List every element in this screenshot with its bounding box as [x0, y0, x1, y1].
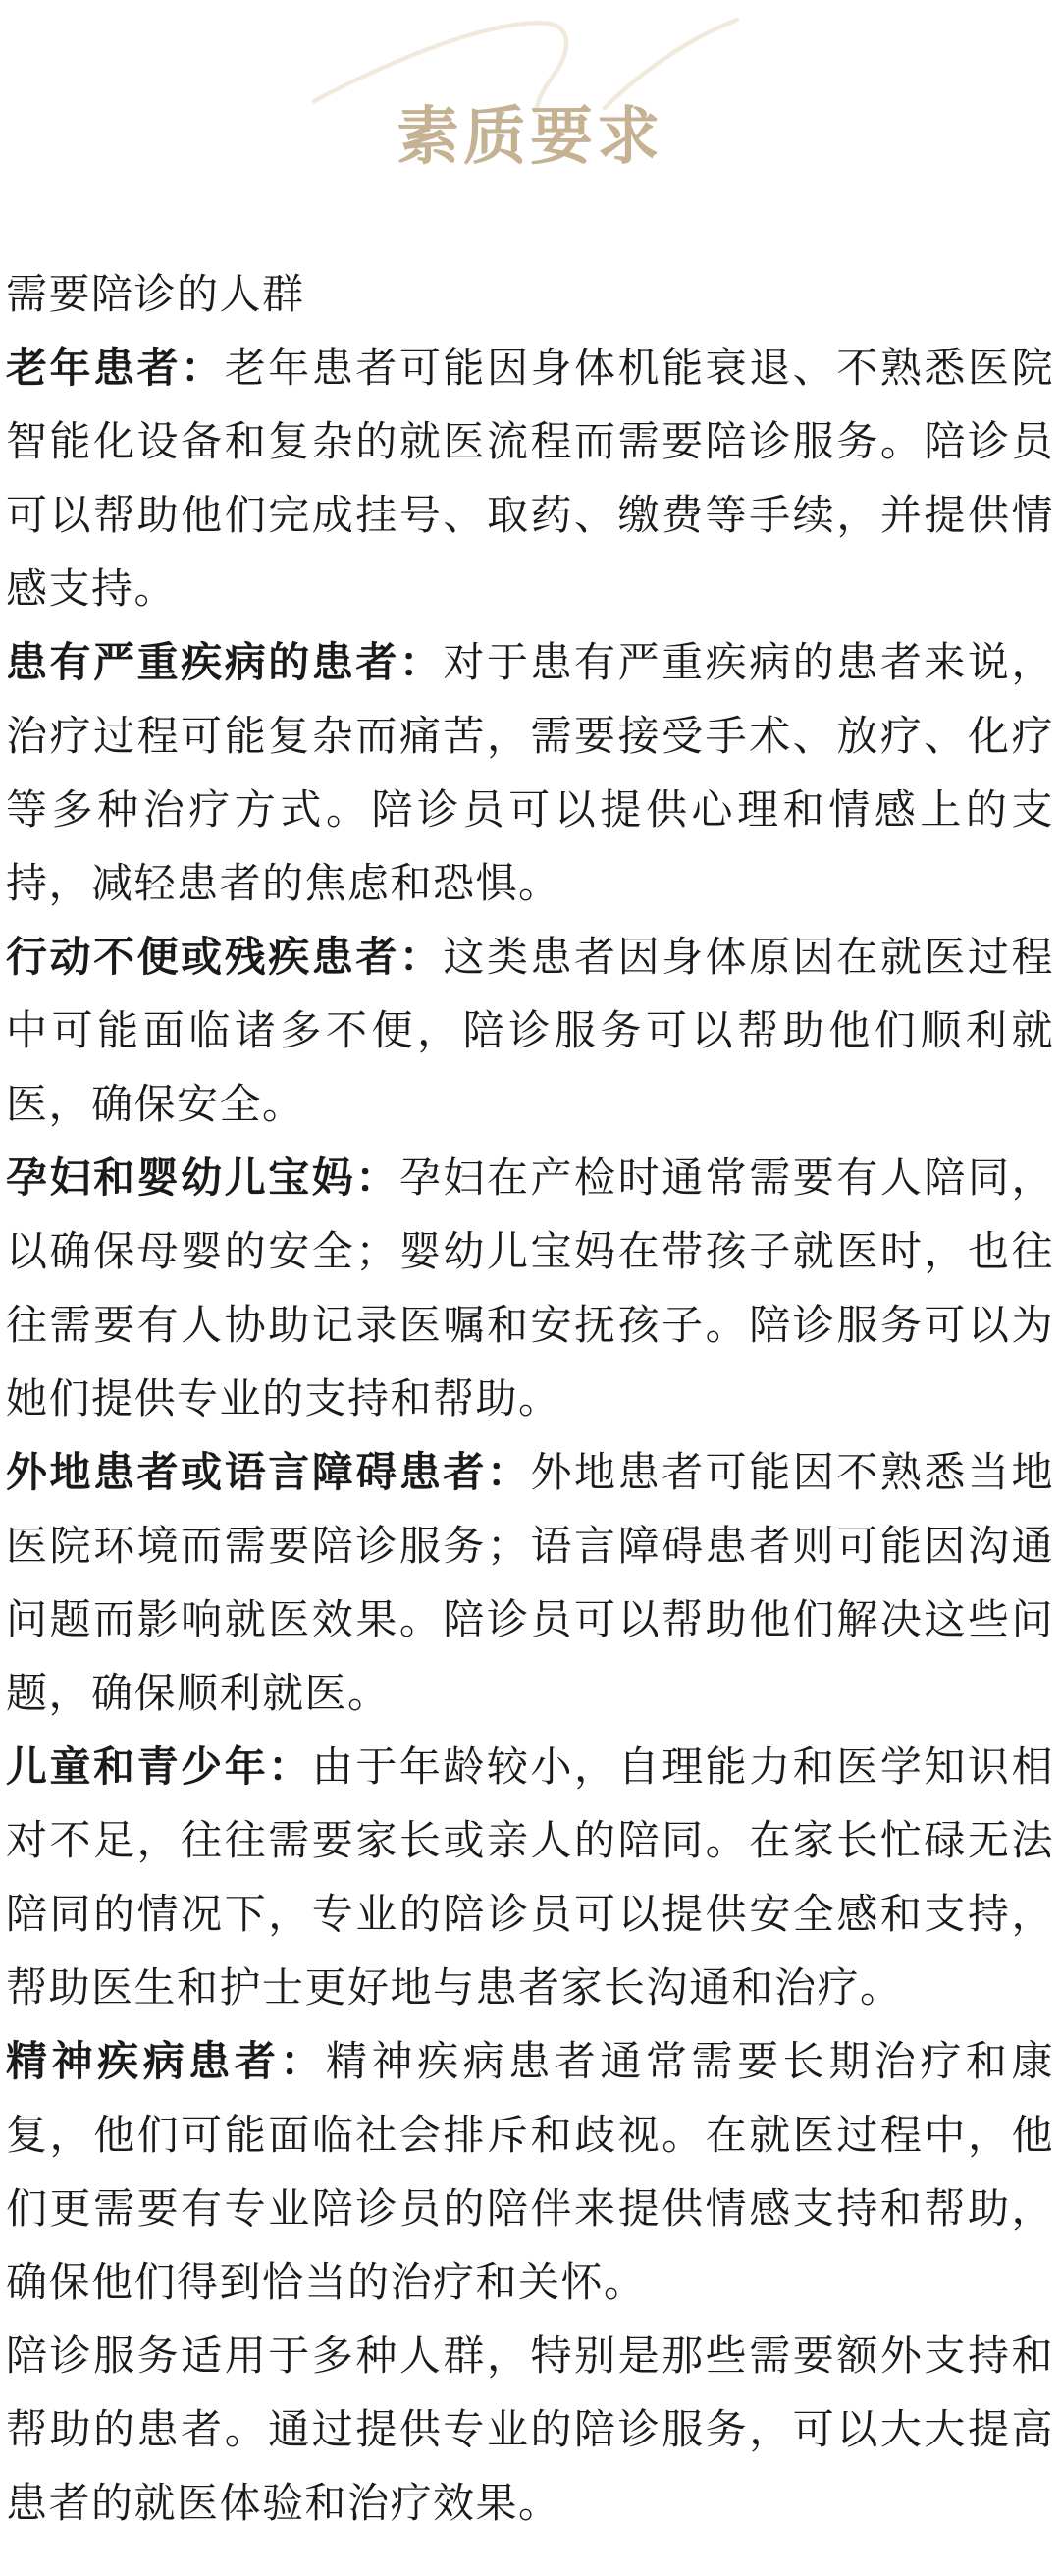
article-heading: 需要陪诊的人群 [6, 257, 1054, 331]
paragraph-lead: 儿童和青少年： [6, 1744, 312, 1790]
article-paragraphs: 老年患者：老年患者可能因身体机能衰退、不熟悉医院智能化设备和复杂的就医流程而需要… [6, 331, 1054, 2540]
page-title: 素质要求 [0, 86, 1060, 177]
paragraph-body: 陪诊服务适用于多种人群，特别是那些需要额外支持和帮助的患者。通过提供专业的陪诊服… [6, 2333, 1054, 2526]
article-page: 素质要求 需要陪诊的人群 老年患者：老年患者可能因身体机能衰退、不熟悉医院智能化… [0, 0, 1060, 2576]
paragraph-lead: 精神疾病患者： [6, 2038, 326, 2084]
paragraph: 外地患者或语言障碍患者：外地患者可能因不熟悉当地医院环境而需要陪诊服务；语言障碍… [6, 1435, 1054, 1730]
paragraph: 老年患者：老年患者可能因身体机能衰退、不熟悉医院智能化设备和复杂的就医流程而需要… [6, 331, 1054, 625]
paragraph: 儿童和青少年：由于年龄较小，自理能力和医学知识相对不足，往往需要家长或亲人的陪同… [6, 1730, 1054, 2024]
paragraph-lead: 老年患者： [6, 345, 225, 391]
paragraph: 行动不便或残疾患者：这类患者因身体原因在就医过程中可能面临诸多不便，陪诊服务可以… [6, 920, 1054, 1141]
article-body: 需要陪诊的人群 老年患者：老年患者可能因身体机能衰退、不熟悉医院智能化设备和复杂… [0, 257, 1060, 2540]
paragraph: 患有严重疾病的患者：对于患有严重疾病的患者来说，治疗过程可能复杂而痛苦，需要接受… [6, 625, 1054, 920]
article-header: 素质要求 [0, 0, 1060, 245]
paragraph-lead: 外地患者或语言障碍患者： [6, 1449, 531, 1495]
paragraph: 孕妇和婴幼儿宝妈：孕妇在产检时通常需要有人陪同，以确保母婴的安全；婴幼儿宝妈在带… [6, 1141, 1054, 1435]
paragraph-lead: 行动不便或残疾患者： [6, 934, 443, 980]
paragraph: 陪诊服务适用于多种人群，特别是那些需要额外支持和帮助的患者。通过提供专业的陪诊服… [6, 2319, 1054, 2540]
paragraph-lead: 患有严重疾病的患者： [6, 639, 443, 685]
paragraph: 精神疾病患者：精神疾病患者通常需要长期治疗和康复，他们可能面临社会排斥和歧视。在… [6, 2024, 1054, 2319]
paragraph-lead: 孕妇和婴幼儿宝妈： [6, 1154, 399, 1201]
